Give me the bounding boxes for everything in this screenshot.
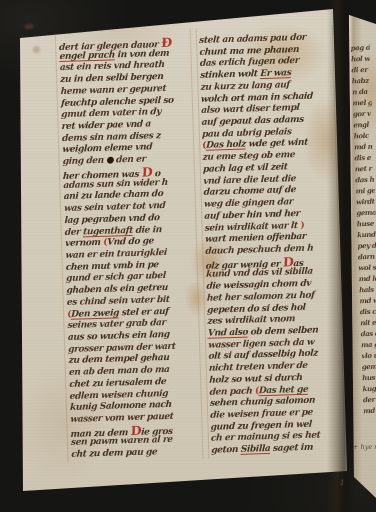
- facing-page-text-fragment: kugd: [362, 383, 376, 395]
- facing-page-text-fragment: md w: [359, 295, 376, 307]
- text-segment: was sein vater tot vnd: [64, 201, 166, 214]
- text-segment: seines vater grab dar: [67, 318, 166, 331]
- text-segment: cht zu dem pau ge: [71, 447, 157, 460]
- text-segment: ret wider pae vnd a: [61, 119, 151, 132]
- text-segment: wde get wint: [246, 138, 309, 150]
- text-segment: wasser vom wer pauet: [70, 412, 174, 425]
- facing-page-text-fragment: der s: [363, 394, 376, 406]
- text-segment: zu kurz zu lang auf: [200, 80, 290, 93]
- text-segment: in von dem: [115, 48, 170, 60]
- facing-page-text-fragment: md le: [359, 273, 376, 285]
- facing-page-text-fragment: di er: [351, 64, 370, 76]
- facing-page-text-fragment: hus d: [362, 372, 376, 384]
- text-segment: weg die gingen dar: [204, 197, 294, 210]
- text-segment: die weissagin chom dv: [206, 279, 311, 292]
- text-segment: auf gepaut das adams: [201, 115, 304, 128]
- text-segment: Das het ge: [259, 384, 309, 395]
- text-segment: Das holz: [206, 140, 246, 151]
- facing-page-text-fragment: ma ge: [361, 339, 376, 351]
- facing-page-text-fragment: kund: [357, 229, 376, 241]
- text-segment: saget im: [270, 443, 313, 454]
- text-segment: den pach: [209, 386, 255, 397]
- text-segment: Vnd also: [208, 328, 249, 339]
- facing-page-text-fragment: mi ge: [355, 185, 374, 197]
- text-segment: es chind sein vater bit: [67, 295, 170, 308]
- text-segment: het her salomon zu hof: [207, 290, 315, 303]
- text-segment: Den zweig: [71, 308, 119, 319]
- text-segment: ani zu lande cham do: [63, 189, 163, 202]
- text-segment: ob dem selben: [248, 325, 319, 337]
- text-segment: auf uber hin vnd her: [204, 209, 300, 222]
- text-segment: wan er ein traurigklei: [65, 248, 167, 261]
- facing-page-text-fragment: hals: [359, 284, 376, 296]
- facing-page-margin-note: + hye m: [353, 443, 376, 451]
- facing-page-text-fragment: wirdt: [356, 196, 375, 208]
- facing-page-text-fragment: gor v: [353, 108, 372, 120]
- facing-page-text-fragment: das d: [360, 328, 376, 340]
- facing-page-text-fragment: hol w: [351, 53, 370, 65]
- facing-page-text-fragment: gema: [362, 361, 376, 373]
- facing-page-text-fragment: darn: [358, 251, 376, 263]
- facing-page-text-fragment: engl: [353, 119, 372, 131]
- text-segment: weiglom eleme vnd: [62, 143, 152, 156]
- text-segment: en ab den man do ma: [69, 365, 170, 378]
- text-segment: Vnd do ge: [107, 237, 154, 248]
- text-segment: lag pegraben vnd do: [64, 213, 160, 226]
- text-segment: zes wirdikait vnom: [207, 314, 295, 327]
- text-segment: geton: [211, 445, 241, 456]
- text-segment: stinken wolt: [200, 69, 261, 81]
- text-segment: also wart diser templ: [201, 103, 300, 116]
- text-segment: der: [64, 227, 83, 238]
- facing-page-text-fragment: vlo u: [361, 350, 376, 362]
- facing-page-text-fragment: md n: [354, 141, 373, 153]
- text-segment: ging den: [62, 156, 106, 167]
- facing-page-text-fragment: net r: [355, 163, 374, 175]
- text-column-left: dert iar glegen dauor Đengel prach in vo…: [59, 36, 211, 462]
- facing-page-text-fragment: dis c: [360, 306, 376, 318]
- facing-page-text-fragment: holc: [354, 130, 373, 142]
- facing-page-text-fragment: mel g: [352, 97, 371, 109]
- facing-page-text-fragment: dis e: [354, 152, 373, 164]
- facing-page-text-fragment: huse: [357, 218, 376, 230]
- manuscript-photo: dert iar glegen dauor Đengel prach in vo…: [0, 0, 376, 512]
- text-line: cht zu dem pau ge: [71, 446, 212, 462]
- facing-page-text-fragment: wol s: [358, 262, 376, 274]
- text-segment: ghaben als ein getreu: [66, 283, 168, 296]
- text-segment: vernom: [65, 238, 104, 249]
- text-segment: pach lag et vil zeit: [203, 162, 288, 175]
- facing-page-text-fragment: n da: [352, 86, 371, 98]
- text-segment: stelt an adams pau dor: [199, 33, 306, 46]
- text-segment: Er was: [260, 68, 292, 79]
- text-segment: darzu chome auf de: [203, 185, 296, 198]
- text-segment: die in: [133, 225, 162, 236]
- text-segment: tugenthaft: [83, 225, 133, 236]
- text-segment: Sibilla: [240, 444, 270, 455]
- text-segment: kunig Salomone nach: [70, 400, 172, 413]
- rubric-mark: ): [300, 220, 304, 230]
- text-segment: den er: [113, 155, 146, 166]
- text-segment: gund er sich gar ubel: [66, 271, 166, 284]
- facing-page-text-fragment: nit e: [360, 317, 376, 329]
- text-segment: holz so wut si durch: [209, 373, 303, 386]
- facing-page-text-fragment: gema: [356, 207, 375, 219]
- text-segment: die weisen fraue er pe: [210, 408, 313, 421]
- facing-page-text-fragment: pag d: [350, 42, 369, 54]
- text-block: dert iar glegen dauor Đengel prach in vo…: [0, 0, 376, 512]
- text-segment: heme wann er gepuret: [60, 84, 166, 97]
- facing-page-text-fragment: md pe: [363, 405, 376, 417]
- facing-page-text-fragment: das h: [355, 174, 374, 186]
- facing-page-text-fragment: pey d: [357, 240, 376, 252]
- text-segment: engel prach: [59, 50, 115, 62]
- facing-page-text-fragment: habz: [352, 75, 371, 87]
- text-segment: chet zu ierusalem de: [69, 377, 167, 390]
- text-segment: zu in den selbi bergen: [60, 72, 164, 85]
- text-segment: dauch peschuch dem h: [205, 244, 313, 257]
- folio-corner-mark: 1: [340, 479, 344, 487]
- text-segment: stel er auf: [119, 306, 169, 317]
- text-segment: wart menien offenbar: [205, 232, 307, 245]
- text-segment: aus so wuchs ein lang: [68, 330, 170, 343]
- text-segment: zu eme steg ob eme: [202, 150, 295, 163]
- text-segment: nicht treten vnder de: [209, 361, 308, 374]
- text-segment: gmut dem vater in dy: [61, 107, 161, 120]
